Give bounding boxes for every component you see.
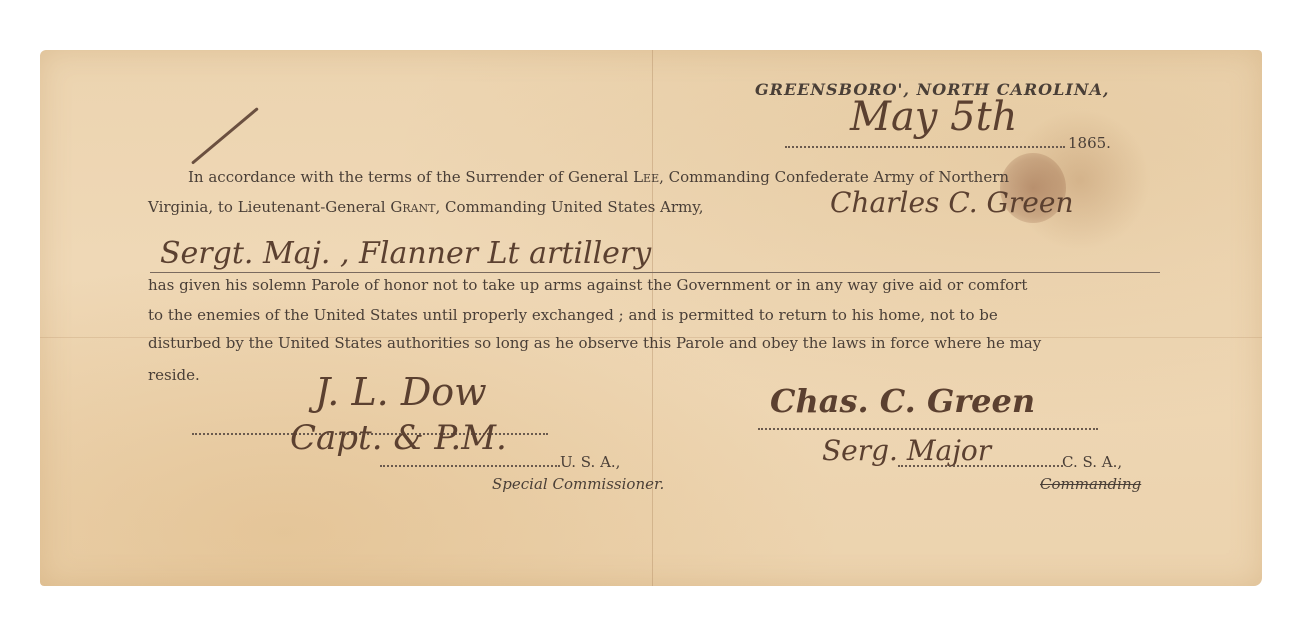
body-line-1: In accordance with the terms of the Surr… [188,168,1009,186]
body-line-2-b: , Commanding United States Army, [436,198,704,216]
confederate-title-handwritten: Serg. Major [822,434,991,467]
confederate-signature-line [758,428,1098,430]
body-line-2: Virginia, to Lieutenant-General Grant, C… [148,198,704,216]
confederate-signature: Chas. C. Green [770,382,1035,420]
parolee-name-handwritten: Charles C. Green [830,186,1073,219]
union-title-line [380,465,560,467]
csa-label: C. S. A., [1062,453,1122,471]
body-line-5: disturbed by the United States authoriti… [148,334,1041,352]
confederate-title-line [898,465,1063,467]
usa-label: U. S. A., [560,453,620,471]
body-line-1-a: In accordance with the terms of the Surr… [188,168,633,186]
date-dotted-line [785,146,1065,148]
name-underline [150,272,1160,273]
rank-unit-handwritten: Sergt. Maj. , Flanner Lt artillery [160,236,651,271]
date-handwritten: May 5th [850,94,1017,140]
body-line-3: has given his solemn Parole of honor not… [148,276,1027,294]
serial-mark [191,107,259,165]
body-line-2-a: Virginia, to Lieutenant-General [148,198,390,216]
general-grant: Grant [390,198,435,216]
body-line-4: to the enemies of the United States unti… [148,306,998,324]
body-line-1-b: , Commanding Confederate Army of Norther… [659,168,1009,186]
body-line-6: reside. [148,366,200,384]
union-title-handwritten: Capt. & P.M. [290,418,507,458]
general-lee: Lee [633,168,659,186]
year: 1865. [1068,134,1111,152]
parole-document: GREENSBORO', NORTH CAROLINA, May 5th 186… [40,50,1262,586]
union-signature: J. L. Dow [315,370,487,414]
commanding-struck-label: Commanding [1040,475,1141,493]
special-commissioner-label: Special Commissioner. [492,475,664,493]
